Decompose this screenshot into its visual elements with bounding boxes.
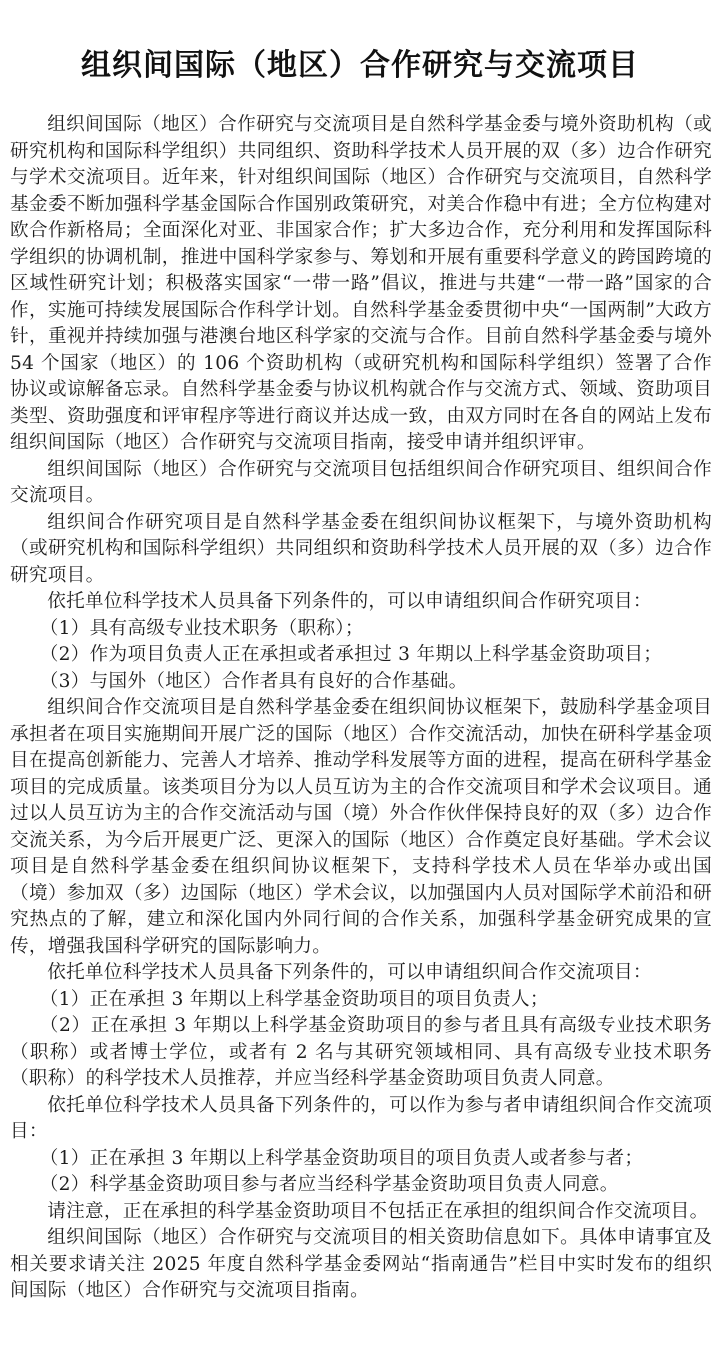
paragraph-project-types: 组织间国际（地区）合作研究与交流项目包括组织间合作研究项目、组织间合作交流项目。	[10, 457, 712, 510]
list-item: （1）具有高级专业技术职务（职称）；	[10, 616, 712, 643]
paragraph-research-project: 组织间合作研究项目是自然科学基金委在组织间协议框架下，与境外资助机构（或研究机构…	[10, 510, 712, 590]
document-body: 组织间国际（地区）合作研究与交流项目是自然科学基金委与境外资助机构（或研究机构和…	[10, 112, 712, 1305]
paragraph-exchange-eligibility: 依托单位科学技术人员具备下列条件的，可以申请组织间合作交流项目：	[10, 960, 712, 987]
list-item: （3）与国外（地区）合作者具有良好的合作基础。	[10, 669, 712, 696]
paragraph-note: 请注意，正在承担的科学基金资助项目不包括正在承担的组织间合作交流项目。	[10, 1199, 712, 1226]
list-item: （2）正在承担 3 年期以上科学基金资助项目的参与者且具有高级专业技术职务（职称…	[10, 1013, 712, 1093]
paragraph-participant-eligibility: 依托单位科学技术人员具备下列条件的，可以作为参与者申请组织间合作交流项目：	[10, 1093, 712, 1146]
document-title: 组织间国际（地区）合作研究与交流项目	[0, 40, 720, 84]
paragraph-funding-info: 组织间国际（地区）合作研究与交流项目的相关资助信息如下。具体申请事宜及相关要求请…	[10, 1225, 712, 1305]
paragraph-exchange-project: 组织间合作交流项目是自然科学基金委在组织间协议框架下，鼓励科学基金项目承担者在项…	[10, 695, 712, 960]
list-item: （2）作为项目负责人正在承担或者承担过 3 年期以上科学基金资助项目；	[10, 642, 712, 669]
list-item: （1）正在承担 3 年期以上科学基金资助项目的项目负责人；	[10, 987, 712, 1014]
document-page: 组织间国际（地区）合作研究与交流项目 组织间国际（地区）合作研究与交流项目是自然…	[0, 0, 720, 1369]
list-item: （1）正在承担 3 年期以上科学基金资助项目的项目负责人或者参与者；	[10, 1146, 712, 1173]
paragraph-research-eligibility: 依托单位科学技术人员具备下列条件的，可以申请组织间合作研究项目：	[10, 589, 712, 616]
paragraph-overview: 组织间国际（地区）合作研究与交流项目是自然科学基金委与境外资助机构（或研究机构和…	[10, 112, 712, 457]
list-item: （2）科学基金资助项目参与者应当经科学基金资助项目负责人同意。	[10, 1172, 712, 1199]
